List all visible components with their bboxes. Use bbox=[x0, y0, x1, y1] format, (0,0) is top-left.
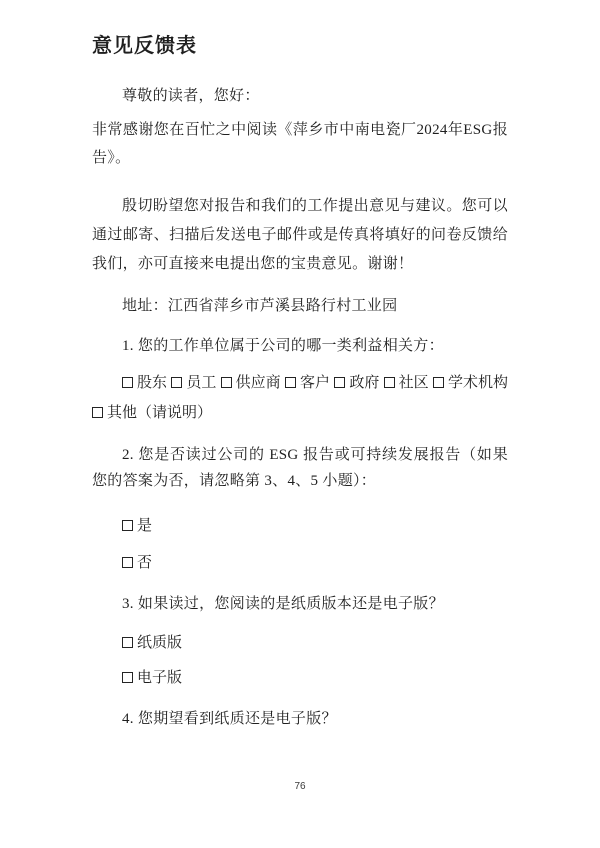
question-1-label: 1. 您的工作单位属于公司的哪一类利益相关方： bbox=[92, 332, 508, 360]
checkbox-icon[interactable] bbox=[122, 557, 133, 568]
checkbox-option-community[interactable]: 社区 bbox=[384, 369, 429, 397]
intro-text: 殷切盼望您对报告和我们的工作提出意见与建议。您可以通过邮寄、扫描后发送电子邮件或… bbox=[92, 192, 508, 279]
checkbox-icon[interactable] bbox=[122, 637, 133, 648]
option-label: 股东 bbox=[137, 375, 167, 391]
checkbox-icon[interactable] bbox=[384, 377, 395, 388]
checkbox-option-electronic-version[interactable]: 电子版 bbox=[92, 664, 508, 692]
checkbox-icon[interactable] bbox=[285, 377, 296, 388]
checkbox-option-yes[interactable]: 是 bbox=[92, 512, 508, 540]
checkbox-icon[interactable] bbox=[221, 377, 232, 388]
option-label: 其他（请说明） bbox=[107, 405, 212, 421]
option-label: 员工 bbox=[186, 375, 216, 391]
checkbox-icon[interactable] bbox=[433, 377, 444, 388]
checkbox-icon[interactable] bbox=[92, 407, 103, 418]
page-title: 意见反馈表 bbox=[92, 34, 508, 58]
checkbox-option-shareholder[interactable]: 股东 bbox=[122, 369, 167, 397]
greeting-text: 尊敬的读者，您好： bbox=[92, 82, 508, 110]
option-label: 学术机构 bbox=[448, 375, 508, 391]
option-label: 纸质版 bbox=[137, 635, 182, 651]
checkbox-option-government[interactable]: 政府 bbox=[334, 369, 379, 397]
option-label: 客户 bbox=[300, 375, 330, 391]
checkbox-icon[interactable] bbox=[122, 520, 133, 531]
option-label: 电子版 bbox=[137, 670, 182, 686]
checkbox-icon[interactable] bbox=[171, 377, 182, 388]
checkbox-option-paper-version[interactable]: 纸质版 bbox=[92, 629, 508, 657]
option-label: 否 bbox=[137, 555, 152, 571]
option-label: 社区 bbox=[399, 375, 429, 391]
checkbox-option-no[interactable]: 否 bbox=[92, 549, 508, 577]
page-number: 76 bbox=[0, 781, 600, 792]
question-1-options-row: 股东 员工 供应商 客户 政府 社区 学术机构 bbox=[92, 369, 508, 397]
question-3-label: 3. 如果读过，您阅读的是纸质版本还是电子版？ bbox=[92, 590, 508, 618]
checkbox-option-academic[interactable]: 学术机构 bbox=[433, 369, 508, 397]
option-label: 是 bbox=[137, 518, 152, 534]
page-content: 意见反馈表 尊敬的读者，您好： 非常感谢您在百忙之中阅读《萍乡市中南电瓷厂202… bbox=[0, 0, 600, 733]
checkbox-icon[interactable] bbox=[122, 377, 133, 388]
checkbox-icon[interactable] bbox=[122, 672, 133, 683]
checkbox-option-employee[interactable]: 员工 bbox=[171, 369, 216, 397]
feedback-form-page: 意见反馈表 尊敬的读者，您好： 非常感谢您在百忙之中阅读《萍乡市中南电瓷厂202… bbox=[0, 0, 600, 848]
checkbox-icon[interactable] bbox=[334, 377, 345, 388]
question-2-label: 2. 您是否读过公司的 ESG 报告或可持续发展报告（如果您的答案为否，请忽略第… bbox=[92, 442, 508, 494]
checkbox-option-customer[interactable]: 客户 bbox=[285, 369, 330, 397]
checkbox-option-other[interactable]: 其他（请说明） bbox=[92, 399, 508, 427]
option-label: 政府 bbox=[349, 375, 379, 391]
address-text: 地址：江西省萍乡市芦溪县路行村工业园 bbox=[92, 292, 508, 320]
checkbox-option-supplier[interactable]: 供应商 bbox=[221, 369, 281, 397]
option-label: 供应商 bbox=[236, 375, 281, 391]
thanks-text: 非常感谢您在百忙之中阅读《萍乡市中南电瓷厂2024年ESG报告》。 bbox=[92, 116, 508, 172]
question-4-label: 4. 您期望看到纸质还是电子版？ bbox=[92, 705, 508, 733]
